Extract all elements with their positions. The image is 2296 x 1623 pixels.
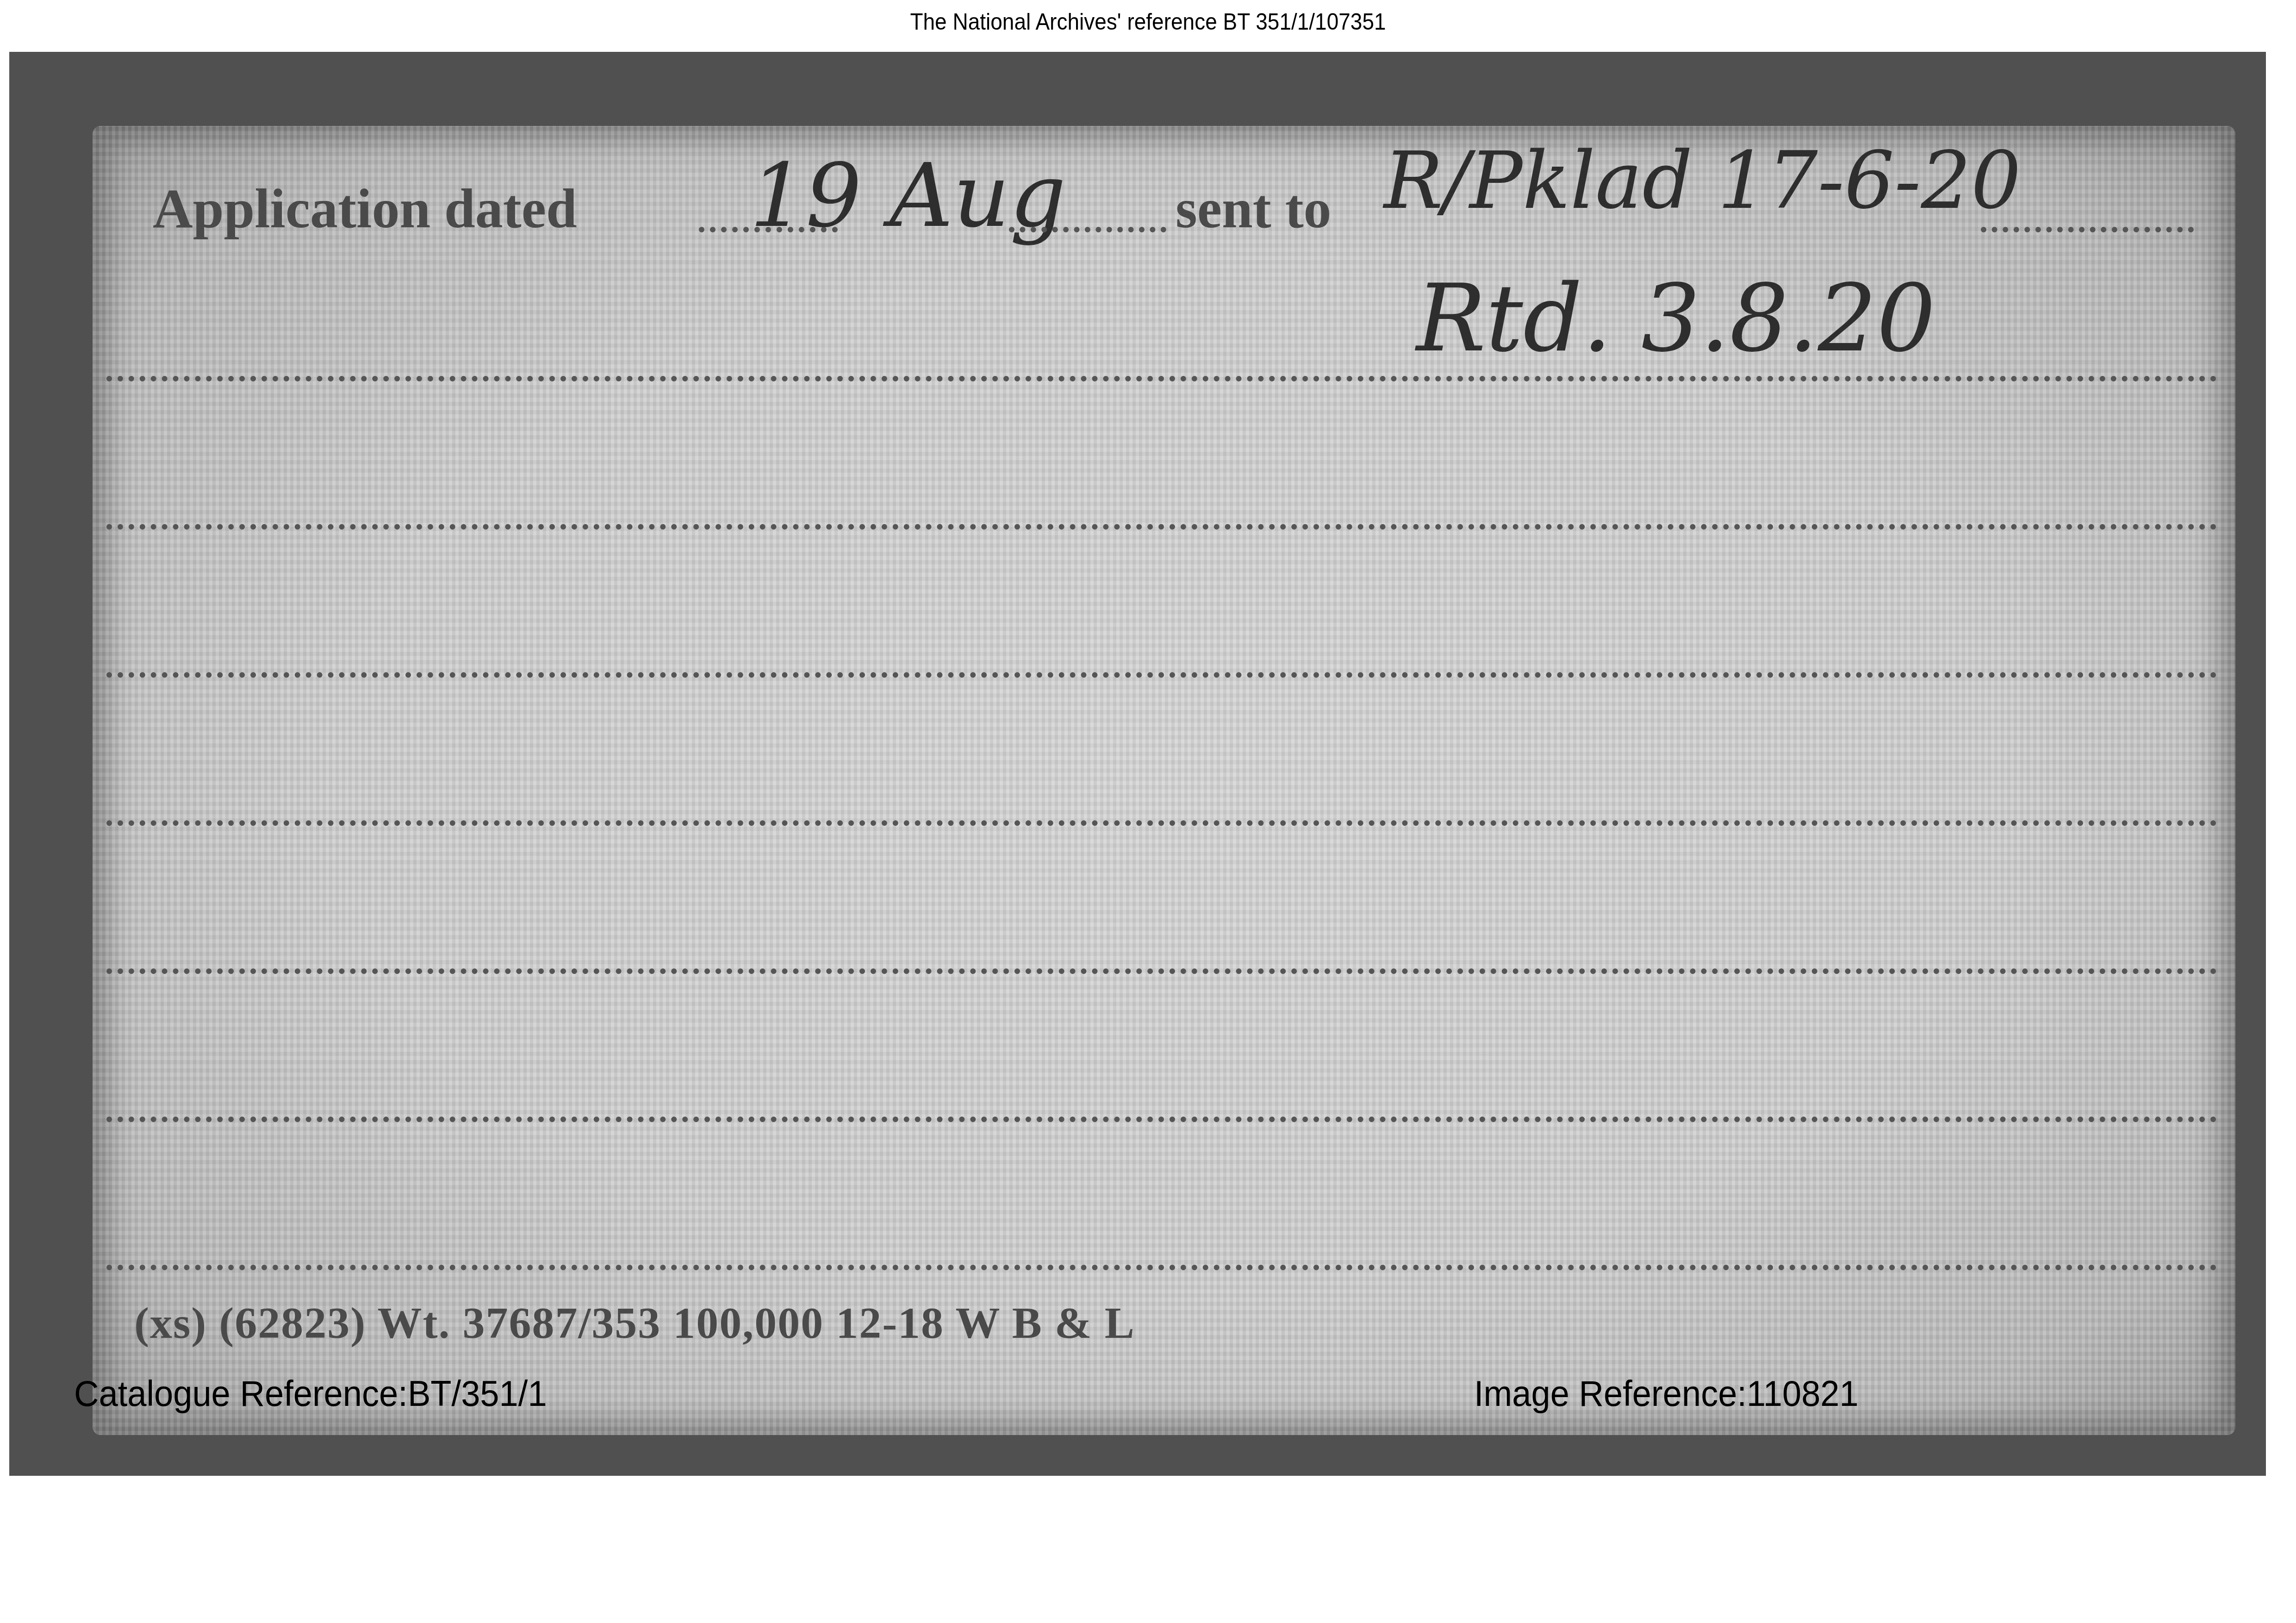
- image-reference: Image Reference:110821: [1474, 1373, 1859, 1415]
- catalogue-reference: Catalogue Reference:BT/351/1: [74, 1373, 547, 1415]
- ruled-line-5: [106, 968, 2217, 974]
- dotted-leader: [1009, 227, 1166, 232]
- printer-imprint: (xs) (62823) Wt. 37687/353 100,000 12-18…: [134, 1297, 1135, 1348]
- application-dated-label: Application dated: [153, 177, 577, 241]
- ruled-line-4: [106, 820, 2217, 826]
- dotted-leader: [1981, 227, 2194, 232]
- ruled-line-7: [106, 1265, 2217, 1270]
- page-title: The National Archives' reference BT 351/…: [92, 8, 2204, 35]
- sent-to-label: sent to: [1176, 177, 1332, 241]
- ruled-line-3: [106, 672, 2217, 678]
- record-card: Application dated 19 Aug sent to R/Pklad…: [93, 126, 2235, 1435]
- handwritten-sent-to: R/Pklad 17-6-20: [1384, 135, 2021, 227]
- ruled-line-2: [106, 524, 2217, 530]
- ruled-line-1: [106, 376, 2217, 381]
- handwritten-returned-date: Rtd. 3.8.20: [1416, 265, 1935, 373]
- ruled-line-6: [106, 1117, 2217, 1122]
